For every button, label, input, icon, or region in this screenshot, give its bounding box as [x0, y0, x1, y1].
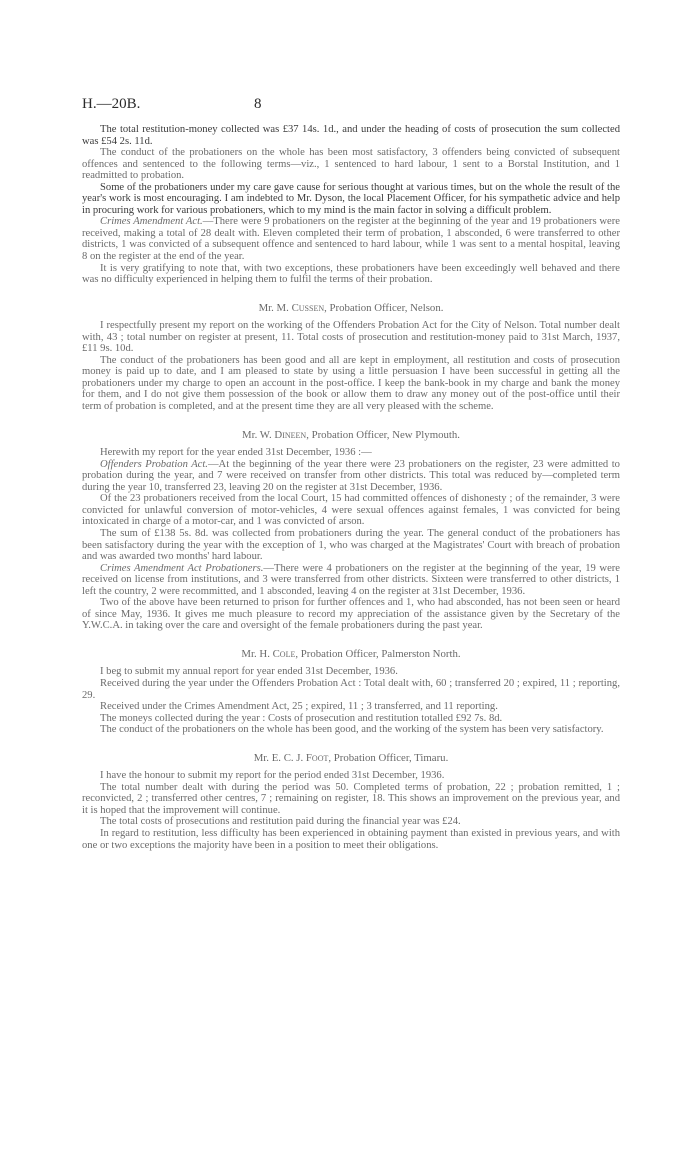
- document-reference: H.—20B.: [82, 96, 140, 113]
- paragraph: Offenders Probation Act.—At the beginnin…: [82, 459, 620, 494]
- paragraph: Herewith my report for the year ended 31…: [82, 447, 620, 459]
- paragraph: In regard to restitution, less difficult…: [82, 828, 620, 851]
- paragraph: Some of the probationers under my care g…: [82, 182, 620, 217]
- paragraph: I respectfully present my report on the …: [82, 320, 620, 355]
- paragraph: I beg to submit my annual report for yea…: [82, 666, 620, 678]
- act-heading: Offenders Probation Act.: [100, 459, 208, 470]
- section-title-palmerston-north: Mr. H. Cole, Probation Officer, Palmerst…: [82, 649, 620, 661]
- paragraph: Received during the year under the Offen…: [82, 678, 620, 701]
- paragraph: The conduct of the probationers has been…: [82, 355, 620, 413]
- page-number: 8: [254, 96, 262, 113]
- section-title-timaru: Mr. E. C. J. Foot, Probation Officer, Ti…: [82, 753, 620, 765]
- paragraph: The total costs of prosecutions and rest…: [82, 816, 620, 828]
- paragraph: The conduct of the probationers on the w…: [82, 724, 620, 736]
- paragraph: Crimes Amendment Act Probationers.—There…: [82, 563, 620, 598]
- paragraph: The conduct of the probationers on the w…: [82, 147, 620, 182]
- paragraph: The total number dealt with during the p…: [82, 782, 620, 817]
- paragraph: The total restitution-money collected wa…: [82, 124, 620, 147]
- paragraph: I have the honour to submit my report fo…: [82, 770, 620, 782]
- paragraph: The sum of £138 5s. 8d. was collected fr…: [82, 528, 620, 563]
- paragraph: Two of the above have been returned to p…: [82, 597, 620, 632]
- page-header: H.—20B. 8: [82, 96, 622, 116]
- paragraph: Received under the Crimes Amendment Act,…: [82, 701, 620, 713]
- paragraph: Crimes Amendment Act.—There were 9 proba…: [82, 216, 620, 262]
- section-title-new-plymouth: Mr. W. Dineen, Probation Officer, New Pl…: [82, 430, 620, 442]
- paragraph: The moneys collected during the year : C…: [82, 713, 620, 725]
- act-heading: Crimes Amendment Act Probationers.: [100, 563, 263, 574]
- paragraph: It is very gratifying to note that, with…: [82, 263, 620, 286]
- act-heading: Crimes Amendment Act.: [100, 216, 203, 227]
- paragraph: Of the 23 probationers received from the…: [82, 493, 620, 528]
- section-title-nelson: Mr. M. Cussen, Probation Officer, Nelson…: [82, 303, 620, 315]
- document-body: The total restitution-money collected wa…: [82, 124, 620, 851]
